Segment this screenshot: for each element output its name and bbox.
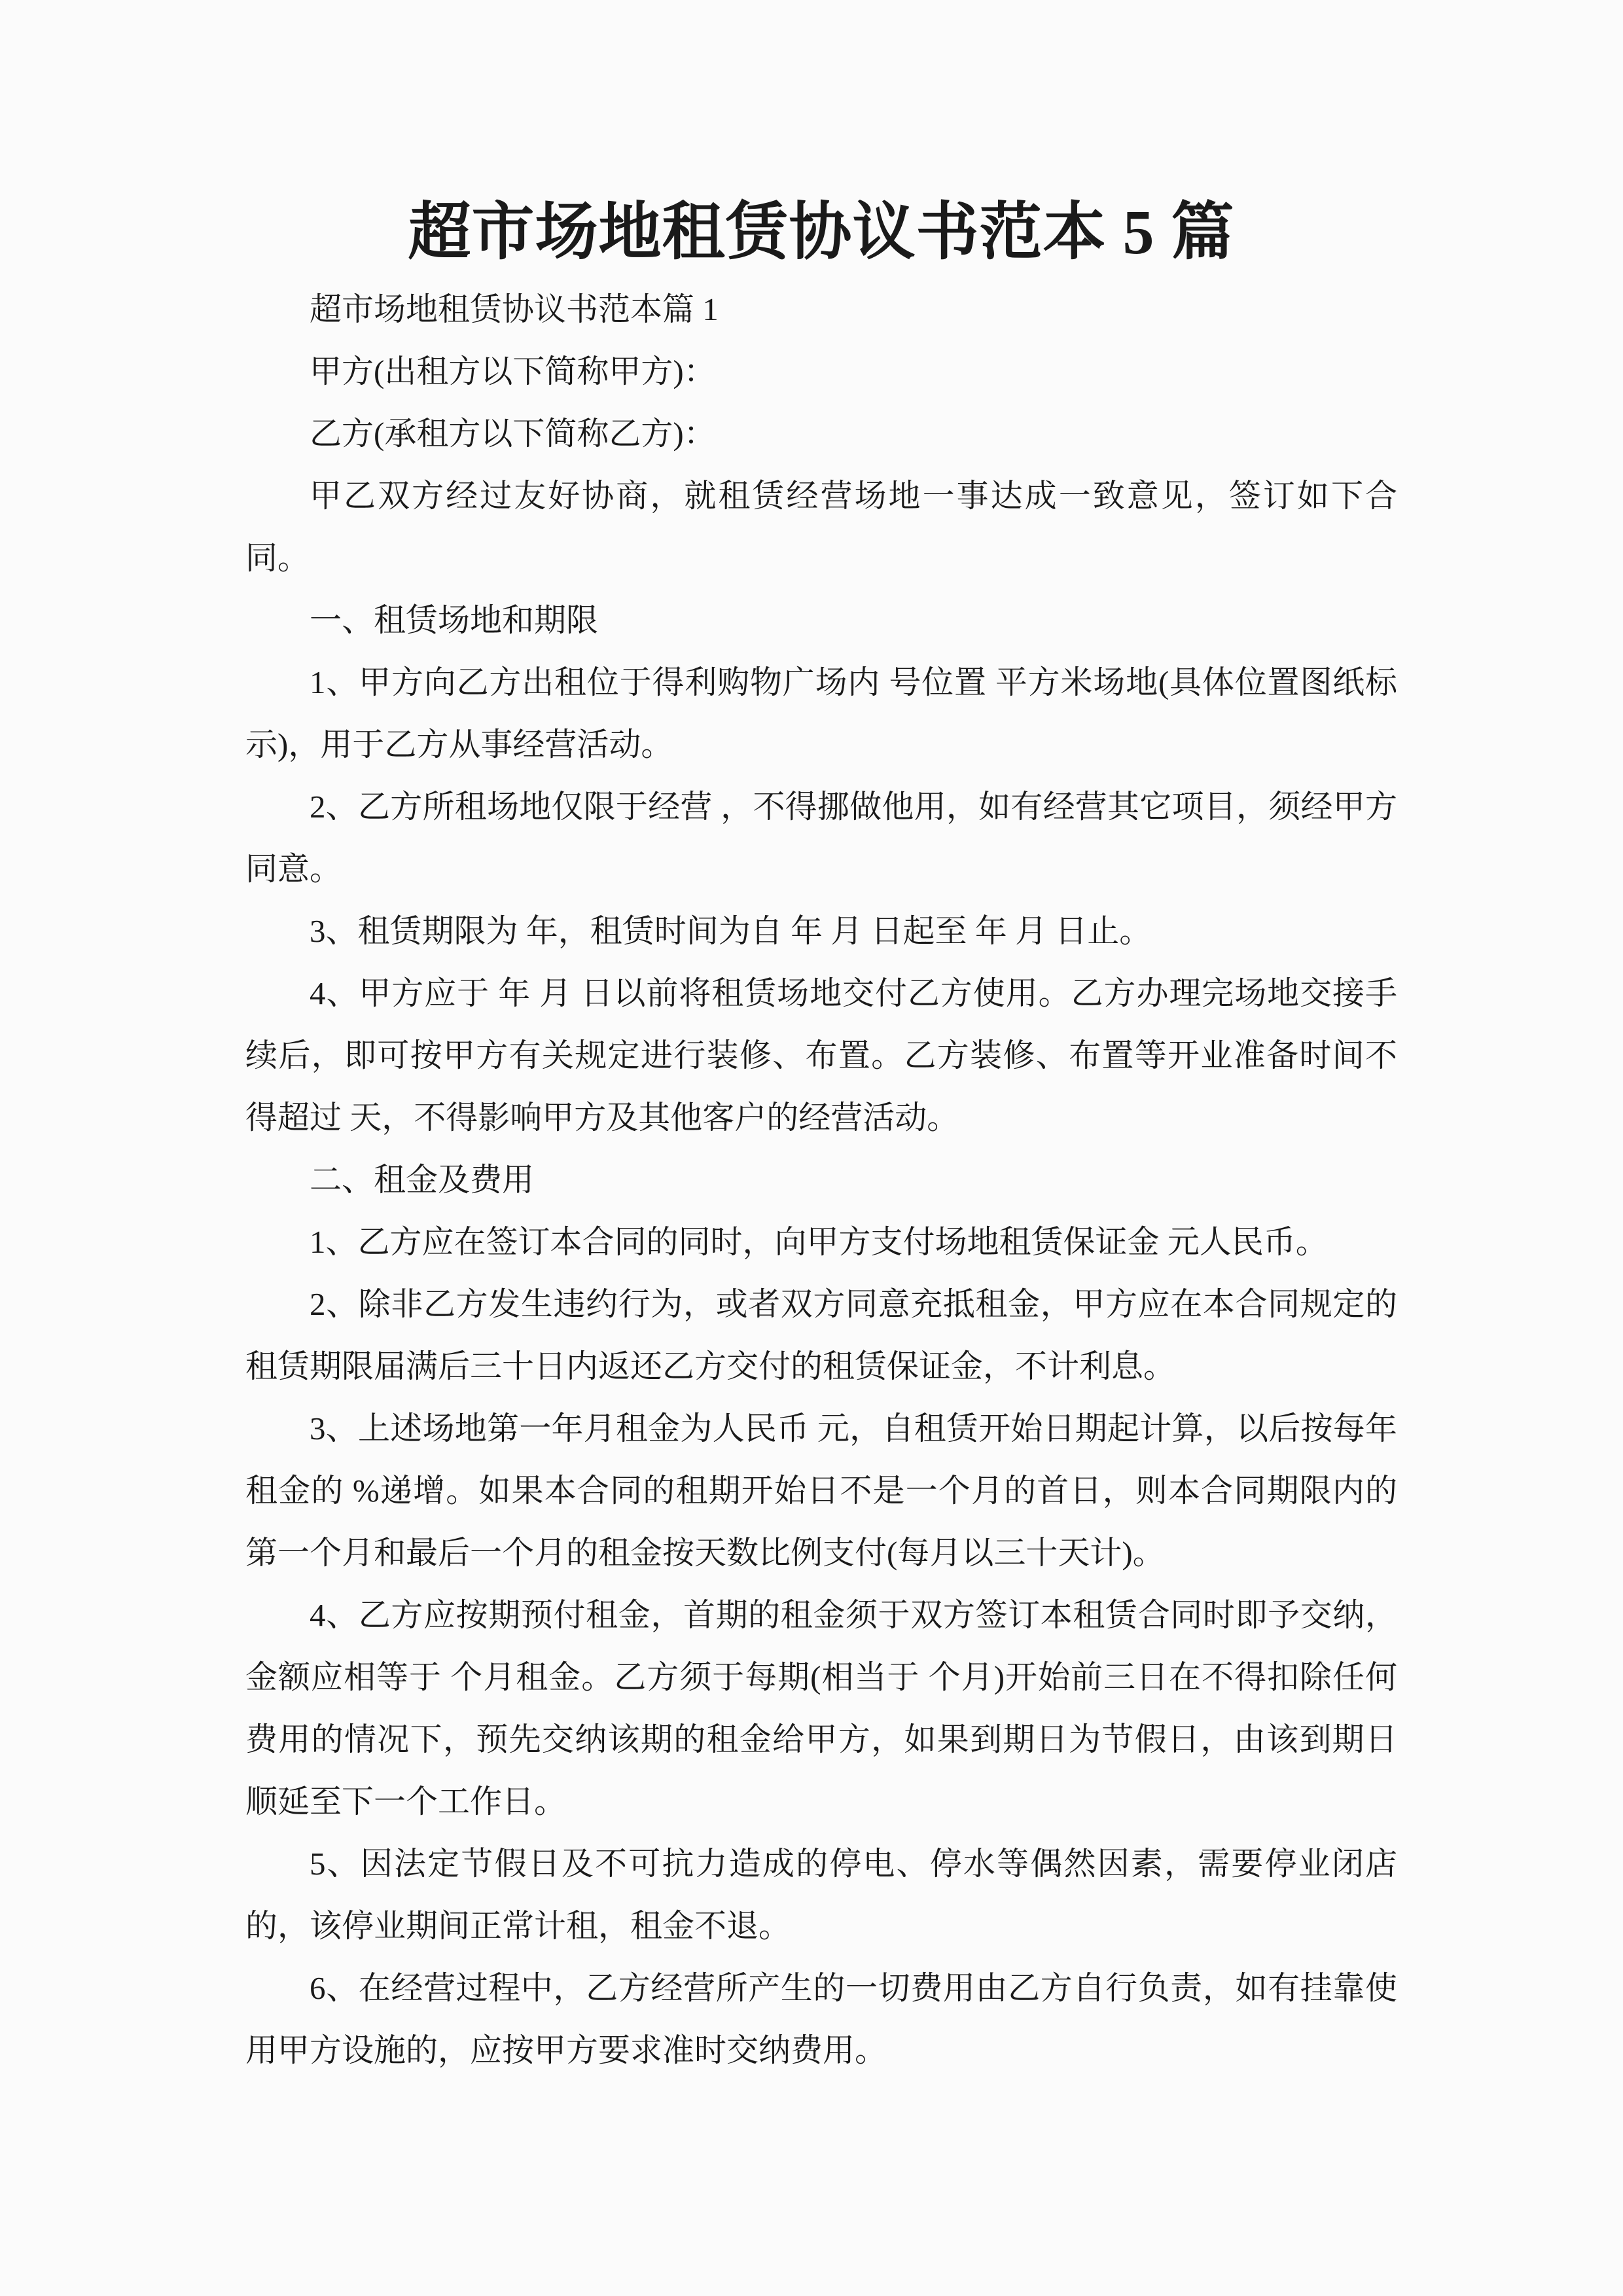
party-a-line: 甲方(出租方以下简称甲方)：: [245, 340, 1397, 403]
section-heading-rent-and-fees: 二、租金及费用: [245, 1149, 1397, 1211]
subtitle-line: 超市场地租赁协议书范本篇 1: [245, 278, 1397, 340]
document-content: 超市场地租赁协议书范本 5 篇 超市场地租赁协议书范本篇 1 甲方(出租方以下简…: [245, 187, 1397, 2081]
clause-1-4: 4、甲方应于 年 月 日以前将租赁场地交付乙方使用。乙方办理完场地交接手续后，即…: [245, 962, 1397, 1149]
document-page: 超市场地租赁协议书范本 5 篇 超市场地租赁协议书范本篇 1 甲方(出租方以下简…: [0, 0, 1623, 2296]
clause-2-4: 4、乙方应按期预付租金，首期的租金须于双方签订本租赁合同时即予交纳，金额应相等于…: [245, 1584, 1397, 1833]
clause-1-2: 2、乙方所租场地仅限于经营 ，不得挪做他用，如有经营其它项目，须经甲方同意。: [245, 776, 1397, 900]
document-title: 超市场地租赁协议书范本 5 篇: [245, 187, 1397, 278]
clause-2-6: 6、在经营过程中，乙方经营所产生的一切费用由乙方自行负责，如有挂靠使用甲方设施的…: [245, 1957, 1397, 2081]
clause-2-3: 3、上述场地第一年月租金为人民币 元，自租赁开始日期起计算，以后按每年租金的 %…: [245, 1397, 1397, 1584]
clause-2-2: 2、除非乙方发生违约行为，或者双方同意充抵租金，甲方应在本合同规定的租赁期限届满…: [245, 1273, 1397, 1397]
clause-2-1: 1、乙方应在签订本合同的同时，向甲方支付场地租赁保证金 元人民币。: [245, 1211, 1397, 1273]
preamble-line: 甲乙双方经过友好协商，就租赁经营场地一事达成一致意见，签订如下合同。: [245, 465, 1397, 589]
party-b-line: 乙方(承租方以下简称乙方)：: [245, 403, 1397, 465]
document-body: 超市场地租赁协议书范本篇 1 甲方(出租方以下简称甲方)： 乙方(承租方以下简称…: [245, 278, 1397, 2081]
section-heading-lease-site-and-term: 一、租赁场地和期限: [245, 589, 1397, 651]
clause-1-1: 1、甲方向乙方出租位于得利购物广场内 号位置 平方米场地(具体位置图纸标示)，用…: [245, 651, 1397, 776]
clause-1-3: 3、租赁期限为 年，租赁时间为自 年 月 日起至 年 月 日止。: [245, 900, 1397, 962]
clause-2-5: 5、因法定节假日及不可抗力造成的停电、停水等偶然因素，需要停业闭店的，该停业期间…: [245, 1833, 1397, 1957]
